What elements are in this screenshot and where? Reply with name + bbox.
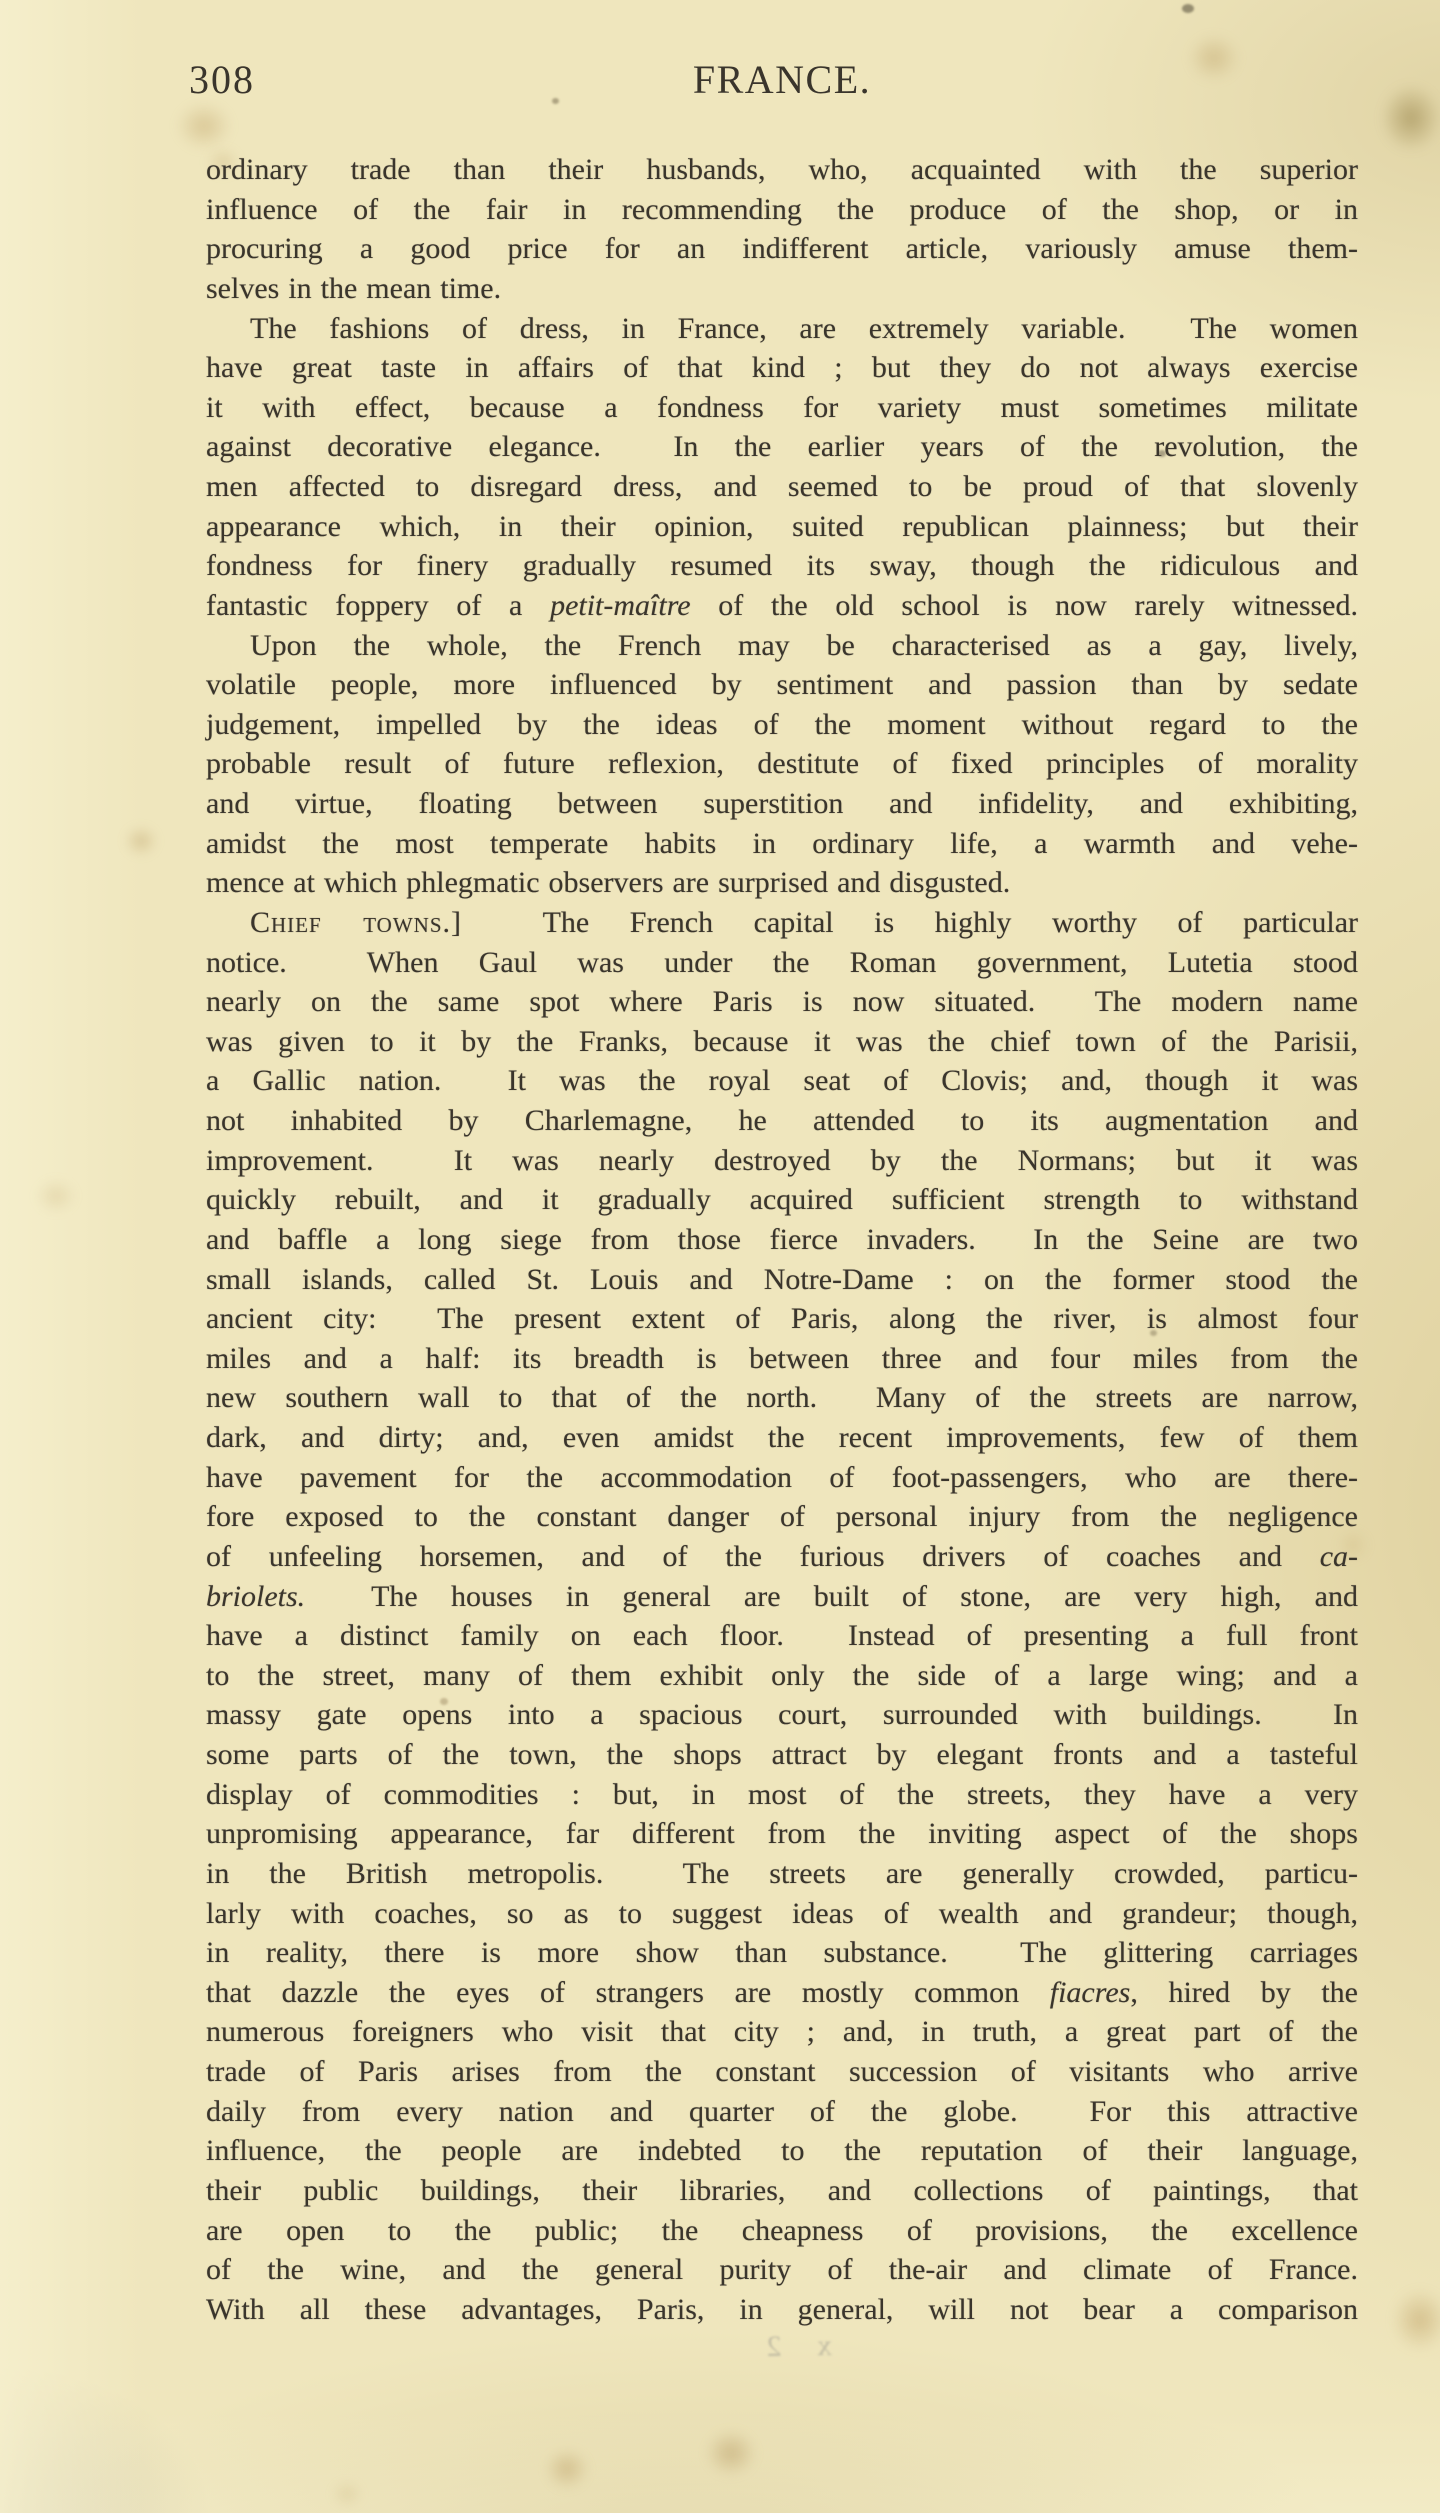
text-line: display of commodities : but, in most of… — [206, 1775, 1358, 1815]
text-segment: small islands, called St. Louis and Notr… — [206, 1263, 1358, 1296]
text-segment: quickly rebuilt, and it gradually acquir… — [206, 1183, 1358, 1216]
text-segment: larly with coaches, so as to suggest ide… — [206, 1897, 1358, 1930]
text-segment: and virtue, floating between superstitio… — [206, 787, 1358, 820]
text-segment: in the British metropolis. The streets a… — [206, 1857, 1358, 1890]
text-line: it with effect, because a fondness for v… — [206, 388, 1358, 428]
text-segment: are open to the public; the cheapness of… — [206, 2214, 1358, 2247]
text-segment: against decorative elegance. In the earl… — [206, 430, 1358, 463]
paragraph: Upon the whole, the French may be charac… — [206, 626, 1358, 903]
text-block: ordinary trade than their husbands, who,… — [206, 150, 1358, 2329]
text-line: small islands, called St. Louis and Notr… — [206, 1260, 1358, 1300]
text-line: numerous foreigners who visit that city … — [206, 2012, 1358, 2052]
text-line: quickly rebuilt, and it gradually acquir… — [206, 1180, 1358, 1220]
text-line: probable result of future reflexion, des… — [206, 744, 1358, 784]
text-line: men affected to disregard dress, and see… — [206, 467, 1358, 507]
text-line: in reality, there is more show than subs… — [206, 1933, 1358, 1973]
text-line: their public buildings, their libraries,… — [206, 2171, 1358, 2211]
text-line: new southern wall to that of the north. … — [206, 1378, 1358, 1418]
text-line: notice. When Gaul was under the Roman go… — [206, 943, 1358, 983]
text-segment: judgement, impelled by the ideas of the … — [206, 708, 1358, 741]
text-segment: , hired by the — [1130, 1976, 1358, 2009]
text-segment: some parts of the town, the shops attrac… — [206, 1738, 1358, 1771]
foxing-spot — [326, 2476, 368, 2512]
text-segment: a Gallic nation. It was the royal seat o… — [206, 1064, 1358, 1097]
text-segment: mence at which phlegmatic observers are … — [206, 866, 1010, 899]
text-segment: it with effect, because a fondness for v… — [206, 391, 1358, 424]
text-line: of the wine, and the general purity of t… — [206, 2250, 1358, 2290]
paragraph: Chief towns.] The French capital is high… — [206, 903, 1358, 2330]
text-segment: have pavement for the accommodation of f… — [206, 1461, 1358, 1494]
text-segment: The houses in general are built of stone… — [305, 1580, 1358, 1613]
text-line: that dazzle the eyes of strangers are mo… — [206, 1973, 1358, 2013]
text-line: massy gate opens into a spacious court, … — [206, 1695, 1358, 1735]
ink-speck — [1182, 4, 1194, 13]
italic-text: fiacres — [1050, 1976, 1131, 2009]
text-line: not inhabited by Charlemagne, he attende… — [206, 1101, 1358, 1141]
text-line: procuring a good price for an indifferen… — [206, 229, 1358, 269]
text-line: The fashions of dress, in France, are ex… — [206, 309, 1358, 349]
text-line: of unfeeling horsemen, and of the furiou… — [206, 1537, 1358, 1577]
text-line: selves in the mean time. — [206, 269, 1358, 309]
italic-text: petit-maître — [550, 589, 691, 622]
text-line: miles and a half: its breadth is between… — [206, 1339, 1358, 1379]
foxing-spot — [536, 2440, 598, 2498]
text-line: against decorative elegance. In the earl… — [206, 427, 1358, 467]
smallcaps-text: Chief towns.] — [250, 906, 462, 939]
text-line: nearly on the same spot where Paris is n… — [206, 982, 1358, 1022]
text-segment: trade of Paris arises from the constant … — [206, 2055, 1358, 2088]
italic-text: briolets. — [206, 1580, 305, 1613]
text-line: mence at which phlegmatic observers are … — [206, 863, 1358, 903]
text-segment: and baffle a long siege from those fierc… — [206, 1223, 1358, 1256]
text-segment: was given to it by the Franks, because i… — [206, 1025, 1358, 1058]
text-segment: The French capital is highly worthy of p… — [462, 906, 1358, 939]
text-segment: probable result of future reflexion, des… — [206, 747, 1358, 780]
text-segment: fore exposed to the constant danger of p… — [206, 1500, 1358, 1533]
text-segment: not inhabited by Charlemagne, he attende… — [206, 1104, 1358, 1137]
text-line: and virtue, floating between superstitio… — [206, 784, 1358, 824]
text-segment: have great taste in affairs of that kind… — [206, 351, 1358, 384]
text-segment: miles and a half: its breadth is between… — [206, 1342, 1358, 1375]
text-segment: in reality, there is more show than subs… — [206, 1936, 1358, 1969]
text-line: fondness for finery gradually resumed it… — [206, 546, 1358, 586]
text-line: to the street, many of them exhibit only… — [206, 1656, 1358, 1696]
text-line: dark, and dirty; and, even amidst the re… — [206, 1418, 1358, 1458]
text-segment: influence of the fair in recommending th… — [206, 193, 1358, 226]
text-line: larly with coaches, so as to suggest ide… — [206, 1894, 1358, 1934]
text-segment: daily from every nation and quarter of t… — [206, 2095, 1358, 2128]
text-segment: of the old school is now rarely witnesse… — [691, 589, 1358, 622]
text-segment: men affected to disregard dress, and see… — [206, 470, 1358, 503]
text-line: influence of the fair in recommending th… — [206, 190, 1358, 230]
text-segment: numerous foreigners who visit that city … — [206, 2015, 1358, 2048]
text-segment: of unfeeling horsemen, and of the furiou… — [206, 1540, 1320, 1573]
text-segment: their public buildings, their libraries,… — [206, 2174, 1358, 2207]
text-line: amidst the most temperate habits in ordi… — [206, 824, 1358, 864]
text-line: briolets. The houses in general are buil… — [206, 1577, 1358, 1617]
text-line: ordinary trade than their husbands, who,… — [206, 150, 1358, 190]
text-segment: ancient city: The present extent of Pari… — [206, 1302, 1358, 1335]
text-segment: volatile people, more influenced by sent… — [206, 668, 1358, 701]
text-segment: new southern wall to that of the north. … — [206, 1381, 1358, 1414]
text-segment: display of commodities : but, in most of… — [206, 1778, 1358, 1811]
foxing-spot — [695, 2420, 767, 2486]
text-segment: nearly on the same spot where Paris is n… — [206, 985, 1358, 1018]
text-segment: The fashions of dress, in France, are ex… — [250, 312, 1358, 345]
italic-text: ca- — [1320, 1540, 1358, 1573]
foxing-spot — [1382, 2278, 1440, 2362]
page-header: 308 FRANCE. — [0, 58, 1440, 102]
text-line: some parts of the town, the shops attrac… — [206, 1735, 1358, 1775]
text-line: are open to the public; the cheapness of… — [206, 2211, 1358, 2251]
text-line: appearance which, in their opinion, suit… — [206, 507, 1358, 547]
text-line: unpromising appearance, far different fr… — [206, 1814, 1358, 1854]
text-segment: selves in the mean time. — [206, 272, 501, 305]
text-line: volatile people, more influenced by sent… — [206, 665, 1358, 705]
text-line: have a distinct family on each floor. In… — [206, 1616, 1358, 1656]
text-segment: dark, and dirty; and, even amidst the re… — [206, 1421, 1358, 1454]
foxing-spot — [118, 820, 164, 862]
text-segment: procuring a good price for an indifferen… — [206, 232, 1358, 265]
text-segment: ordinary trade than their husbands, who,… — [206, 153, 1358, 186]
text-segment: notice. When Gaul was under the Roman go… — [206, 946, 1358, 979]
text-line: in the British metropolis. The streets a… — [206, 1854, 1358, 1894]
text-segment: to the street, many of them exhibit only… — [206, 1659, 1358, 1692]
text-segment: appearance which, in their opinion, suit… — [206, 510, 1358, 543]
text-line: Upon the whole, the French may be charac… — [206, 626, 1358, 666]
text-line: was given to it by the Franks, because i… — [206, 1022, 1358, 1062]
text-segment: influence, the people are indebted to th… — [206, 2134, 1358, 2167]
text-segment: fondness for finery gradually resumed it… — [206, 549, 1358, 582]
text-line: daily from every nation and quarter of t… — [206, 2092, 1358, 2132]
text-segment: massy gate opens into a spacious court, … — [206, 1698, 1358, 1731]
text-line: ancient city: The present extent of Pari… — [206, 1299, 1358, 1339]
text-line: improvement. It was nearly destroyed by … — [206, 1141, 1358, 1181]
signature-mark-showthrough: x 2 — [712, 2329, 833, 2365]
foxing-spot — [28, 1172, 84, 1220]
paragraph: ordinary trade than their husbands, who,… — [206, 150, 1358, 309]
text-segment: of the wine, and the general purity of t… — [206, 2253, 1358, 2286]
book-page: 308 FRANCE. ordinary trade than their hu… — [0, 0, 1440, 2513]
text-line: trade of Paris arises from the constant … — [206, 2052, 1358, 2092]
text-line: a Gallic nation. It was the royal seat o… — [206, 1061, 1358, 1101]
text-line: With all these advantages, Paris, in gen… — [206, 2290, 1358, 2330]
text-line: have pavement for the accommodation of f… — [206, 1458, 1358, 1498]
text-segment: With all these advantages, Paris, in gen… — [206, 2293, 1358, 2326]
text-line: Chief towns.] The French capital is high… — [206, 903, 1358, 943]
text-segment: Upon the whole, the French may be charac… — [250, 629, 1358, 662]
text-line: influence, the people are indebted to th… — [206, 2131, 1358, 2171]
text-line: and baffle a long siege from those fierc… — [206, 1220, 1358, 1260]
running-title: FRANCE. — [206, 58, 1358, 102]
paragraph: The fashions of dress, in France, are ex… — [206, 309, 1358, 626]
text-line: judgement, impelled by the ideas of the … — [206, 705, 1358, 745]
text-segment: that dazzle the eyes of strangers are mo… — [206, 1976, 1050, 2009]
text-segment: unpromising appearance, far different fr… — [206, 1817, 1358, 1850]
text-line: fantastic foppery of a petit-maître of t… — [206, 586, 1358, 626]
text-segment: fantastic foppery of a — [206, 589, 550, 622]
text-segment: improvement. It was nearly destroyed by … — [206, 1144, 1358, 1177]
text-segment: amidst the most temperate habits in ordi… — [206, 827, 1358, 860]
text-line: fore exposed to the constant danger of p… — [206, 1497, 1358, 1537]
text-segment: have a distinct family on each floor. In… — [206, 1619, 1358, 1652]
text-line: have great taste in affairs of that kind… — [206, 348, 1358, 388]
